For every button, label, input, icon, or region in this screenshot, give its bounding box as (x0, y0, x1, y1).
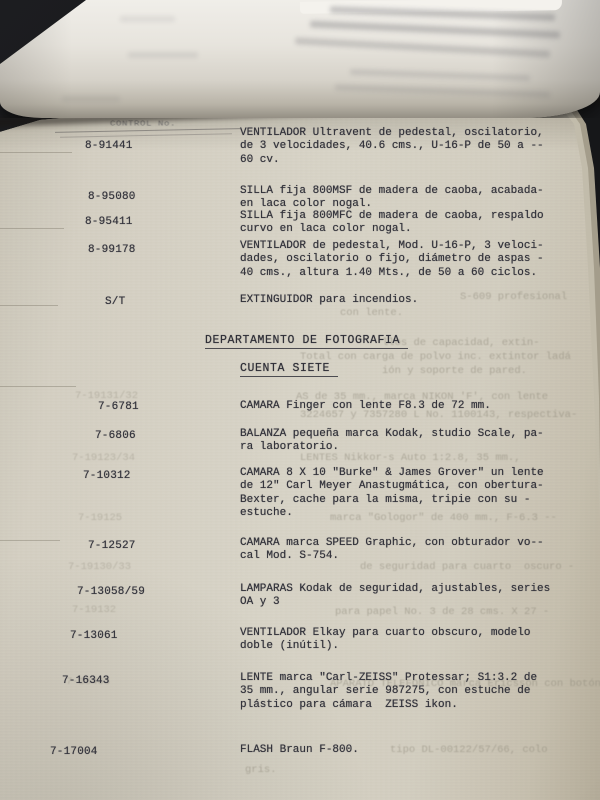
paper-crease (0, 152, 72, 153)
description-line: de 12" Carl Meyer Anastugmática, con obe… (240, 480, 544, 493)
curl-ghost-line (62, 96, 120, 102)
description-line: LENTE marca "Carl-ZEISS" Protessar; S1:3… (240, 672, 537, 685)
item-description: SILLA fija 800MSF de madera de caoba, ac… (240, 185, 544, 212)
paper-crease (0, 386, 76, 387)
item-description: VENTILADOR de pedestal, Mod. U-16-P, 3 v… (240, 240, 544, 280)
item-description: LAMPARAS Kodak de seguridad, ajustables,… (240, 583, 550, 610)
control-number: 7-10312 (83, 470, 131, 483)
control-number: S/T (105, 296, 125, 309)
curled-pages (0, 0, 600, 118)
item-description: SILLA fija 800MFC de madera de caoba, re… (240, 210, 544, 237)
description-line: doble (inútil). (240, 640, 530, 653)
control-number: 8-91441 (85, 140, 133, 153)
item-description: EXTINGUIDOR para incendios. (240, 294, 418, 307)
item-description: VENTILADOR Ultravent de pedestal, oscila… (240, 127, 544, 167)
description-line: LAMPARAS Kodak de seguridad, ajustables,… (240, 583, 550, 596)
description-line: EXTINGUIDOR para incendios. (240, 294, 418, 307)
item-description: LENTE marca "Carl-ZEISS" Protessar; S1:3… (240, 672, 537, 712)
ghost-control-number: 7-19132 (72, 604, 116, 617)
control-number: 7-13061 (70, 630, 118, 643)
control-number: 8-95411 (85, 216, 133, 229)
section-subheading: CUENTA SIETE (240, 362, 338, 375)
item-description: VENTILADOR Elkay para cuarto obscuro, mo… (240, 627, 530, 654)
item-description: CAMARA Finger con lente F8.3 de 72 mm. (240, 400, 491, 413)
item-description: BALANZA pequeña marca Kodak, studio Scal… (240, 428, 544, 455)
header-rule (55, 128, 240, 133)
ghost-text: tipo DL-00122/57/66, colo (390, 744, 548, 757)
ghost-control-number: 7-19123/34 (72, 452, 135, 465)
curl-ghost-line (295, 37, 550, 57)
description-line: VENTILADOR de pedestal, Mod. U-16-P, 3 v… (240, 240, 544, 253)
paper-crease (0, 305, 58, 306)
control-number: 7-6806 (95, 430, 136, 443)
control-number: 8-95080 (88, 191, 136, 204)
curl-ghost-line (128, 52, 198, 58)
control-number: 7-12527 (88, 540, 136, 553)
description-line: de 3 velocidades, 40.6 cms., U-16-P de 5… (240, 140, 544, 153)
description-line: OA y 3 (240, 596, 550, 609)
ghost-control-number: 7-19130/33 (68, 561, 131, 574)
ghost-text: con lente. (340, 307, 403, 320)
description-line: ra laboratorio. (240, 441, 544, 454)
control-number: 7-13058/59 (77, 586, 145, 599)
ghost-text: ión y soporte de pared. (382, 365, 527, 378)
description-line: FLASH Braun F-800. (240, 744, 359, 757)
control-number: 7-16343 (62, 675, 110, 688)
ghost-control-number: 7-19125 (78, 512, 122, 525)
description-line: estuche. (240, 507, 544, 520)
description-line: 40 cms., altura 1.40 Mts., de 50 a 60 ci… (240, 267, 544, 280)
item-description: FLASH Braun F-800. (240, 744, 359, 757)
ghost-text: S-609 profesional (460, 291, 567, 304)
description-line: SILLA fija 800MFC de madera de caoba, re… (240, 210, 544, 223)
item-description: CAMARA marca SPEED Graphic, con obturado… (240, 537, 544, 564)
ghost-text: gris. (245, 764, 277, 777)
description-line: VENTILADOR Elkay para cuarto obscuro, mo… (240, 627, 530, 640)
description-line: CAMARA 8 X 10 "Burke" & James Grover" un… (240, 467, 544, 480)
description-line: CAMARA marca SPEED Graphic, con obturado… (240, 537, 544, 550)
curl-ghost-line (120, 16, 175, 22)
description-line: cal Mod. S-754. (240, 550, 544, 563)
section-heading: DEPARTAMENTO DE FOTOGRAFIA (205, 334, 408, 347)
description-line: 60 cv. (240, 154, 544, 167)
description-line: curvo en laca color nogal. (240, 223, 544, 236)
description-line: Bexter, cache para la misma, tripie con … (240, 494, 544, 507)
control-number: 7-6781 (98, 401, 139, 414)
paper-crease (0, 228, 64, 229)
header-rule (60, 133, 232, 138)
photographed-document: S-609 profesional con lente. llos de cap… (0, 0, 600, 800)
description-line: CAMARA Finger con lente F8.3 de 72 mm. (240, 400, 491, 413)
item-description: CAMARA 8 X 10 "Burke" & James Grover" un… (240, 467, 544, 521)
description-line: dades, oscilatorio o fijo, diámetro de a… (240, 253, 544, 266)
curl-ghost-line (335, 84, 550, 97)
paper-crease (0, 540, 60, 541)
control-number: 7-17004 (50, 746, 98, 759)
curl-ghost-line (310, 21, 560, 39)
description-line: plástico para cámara ZEISS ikon. (240, 699, 537, 712)
description-line: SILLA fija 800MSF de madera de caoba, ac… (240, 185, 544, 198)
description-line: BALANZA pequeña marca Kodak, studio Scal… (240, 428, 544, 441)
control-number: 8-99178 (88, 244, 136, 257)
ghost-text: Total con carga de polvo inc. extintor l… (300, 351, 571, 364)
curl-ghost-line (350, 69, 530, 81)
description-line: VENTILADOR Ultravent de pedestal, oscila… (240, 127, 544, 140)
description-line: 35 mm., angular serie 987275, con estuch… (240, 685, 537, 698)
